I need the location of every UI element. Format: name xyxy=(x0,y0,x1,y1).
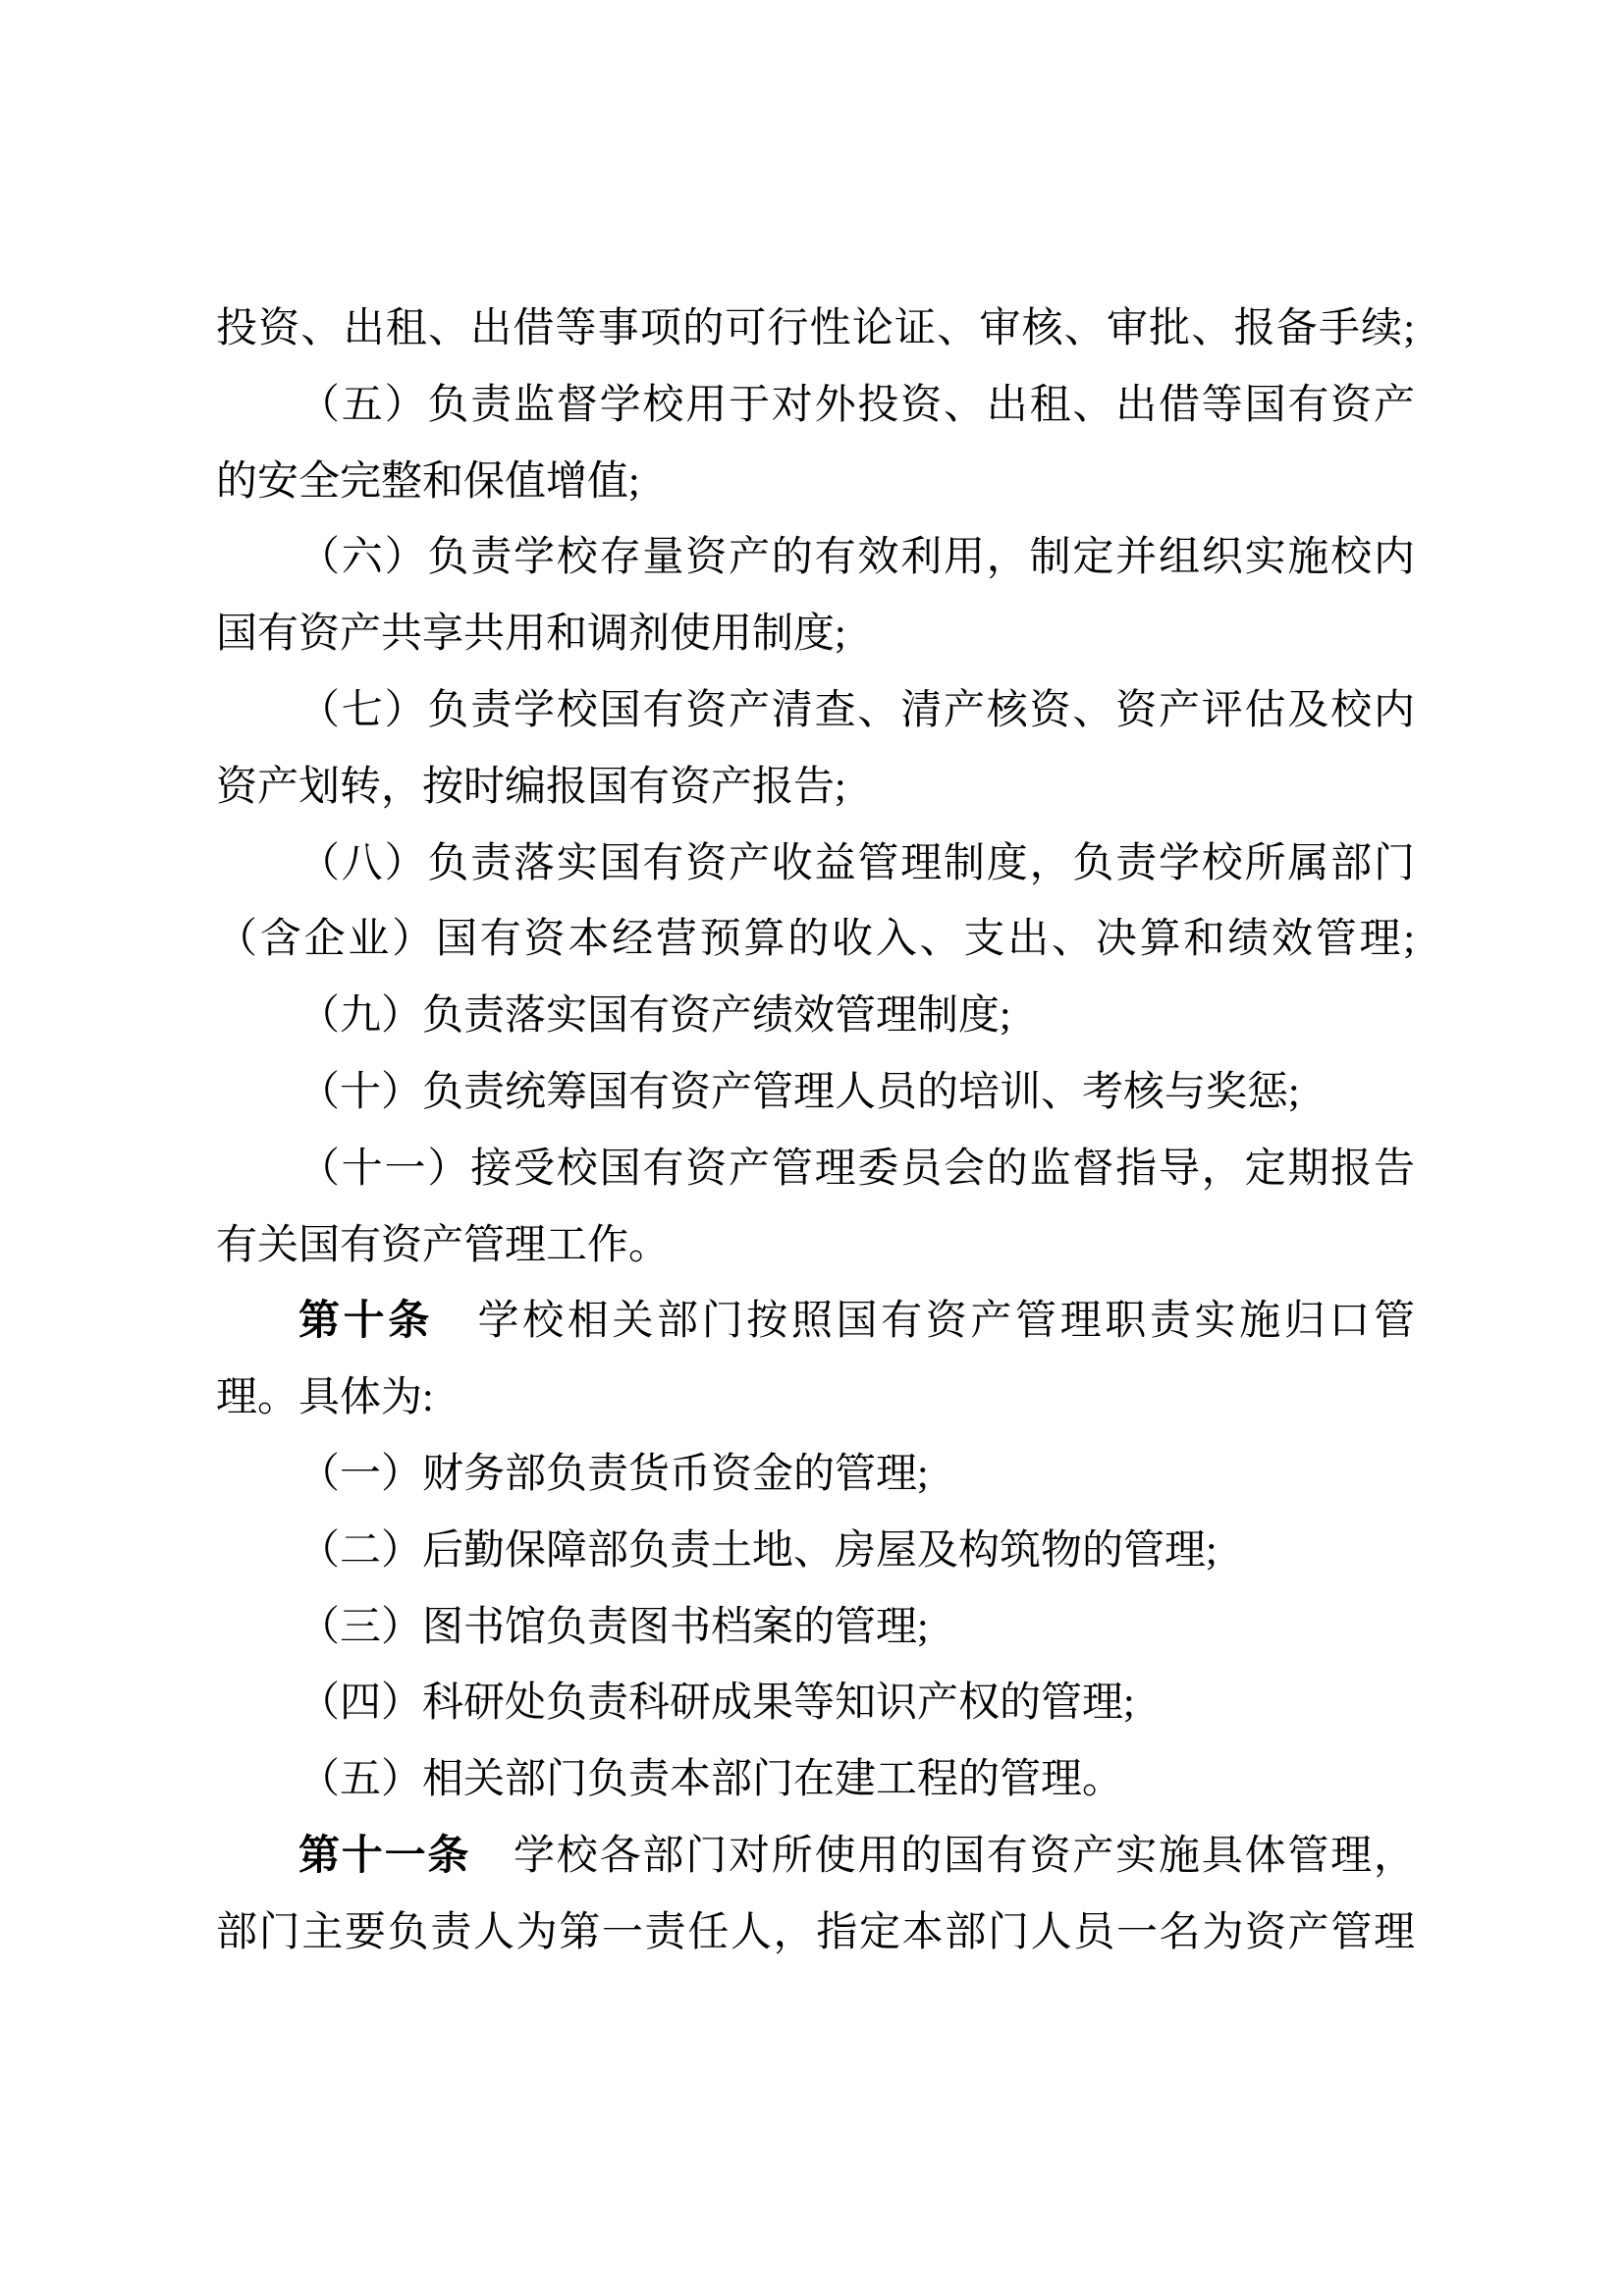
text-line: （五）负责监督学校用于对外投资、出租、出借等国有资产 xyxy=(216,368,1415,445)
text-line: 第十条 学校相关部门按照国有资产管理职责实施归口管 xyxy=(216,1284,1415,1361)
text-line: 理。具体为: xyxy=(216,1361,1415,1437)
text-line: （三）图书馆负责图书档案的管理; xyxy=(216,1590,1415,1667)
text-line: 的安全完整和保值增值; xyxy=(216,445,1415,521)
text-line: （二）后勤保障部负责土地、房屋及构筑物的管理; xyxy=(216,1514,1415,1590)
text-line: （一）财务部负责货币资金的管理; xyxy=(216,1437,1415,1514)
text-line: 部门主要负责人为第一责任人，指定本部门人员一名为资产管理 xyxy=(216,1896,1415,1972)
article-number: 第十条 xyxy=(298,1299,433,1344)
text-line: （四）科研处负责科研成果等知识产权的管理; xyxy=(216,1666,1415,1742)
text-line: （十）负责统筹国有资产管理人员的培训、考核与奖惩; xyxy=(216,1055,1415,1132)
text-line: （十一）接受校国有资产管理委员会的监督指导，定期报告 xyxy=(216,1132,1415,1208)
article-number: 第十一条 xyxy=(298,1834,470,1879)
text-line: （七）负责学校国有资产清查、清产核资、资产评估及校内 xyxy=(216,673,1415,750)
text-line: （含企业）国有资本经营预算的收入、支出、决算和绩效管理; xyxy=(216,902,1415,979)
text-line: 国有资产共享共用和调剂使用制度; xyxy=(216,597,1415,673)
text-line: 投资、出租、出借等事项的可行性论证、审核、审批、报备手续; xyxy=(216,292,1415,368)
text-line: 资产划转，按时编报国有资产报告; xyxy=(216,750,1415,827)
text-line: 第十一条 学校各部门对所使用的国有资产实施具体管理， xyxy=(216,1819,1415,1896)
document-page: 投资、出租、出借等事项的可行性论证、审核、审批、报备手续;（五）负责监督学校用于… xyxy=(0,0,1624,2296)
text-line: （八）负责落实国有资产收益管理制度，负责学校所属部门 xyxy=(216,827,1415,903)
text-line: 有关国有资产管理工作。 xyxy=(216,1208,1415,1285)
text-line: （六）负责学校存量资产的有效利用，制定并组织实施校内 xyxy=(216,520,1415,597)
text-line: （九）负责落实国有资产绩效管理制度; xyxy=(216,979,1415,1055)
text-line: （五）相关部门负责本部门在建工程的管理。 xyxy=(216,1742,1415,1819)
document-body: 投资、出租、出借等事项的可行性论证、审核、审批、报备手续;（五）负责监督学校用于… xyxy=(216,292,1415,1972)
